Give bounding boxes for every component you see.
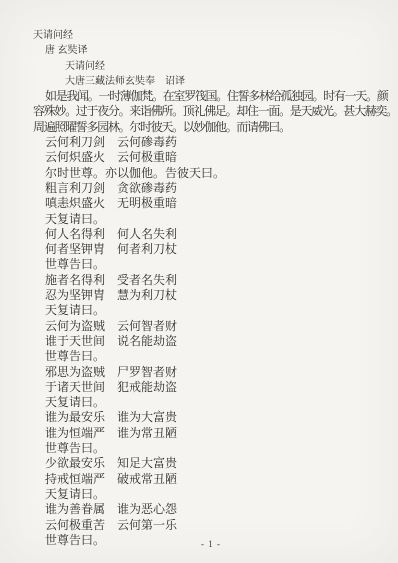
verse-line: 谁于天世间说名能劫盗 — [45, 334, 396, 349]
verse-right: 受者名失利 — [117, 273, 177, 287]
sutra-title: 天请问经 — [33, 28, 396, 43]
verse-right: 知足大富贵 — [117, 456, 177, 470]
verse-left: 少欲最安乐 — [45, 456, 117, 471]
verse-right: 何者利刀杖 — [117, 242, 177, 256]
verse-right: 云何第一乐 — [117, 518, 177, 532]
prose-line: 世尊告曰。 — [45, 257, 396, 272]
prose-line: 天复请曰。 — [45, 395, 396, 410]
inner-title: 天请问经 — [65, 59, 396, 74]
verse-line: 粗言利刀剑贪欲碜毒药 — [45, 181, 396, 196]
page-number: - 1 - — [12, 539, 398, 549]
verse-right: 破戒常丑陋 — [117, 472, 177, 486]
verse-left: 嗔恚炽盛火 — [45, 196, 117, 211]
verse-right: 谁为大富贵 — [117, 410, 177, 424]
verse-right: 无明极重暗 — [117, 196, 177, 210]
prose-line: 天复请曰。 — [45, 212, 396, 227]
sutra-content: 天请问经 唐 玄奘译 天请问经 大唐三藏法师玄奘奉 诏译 如是我闻。一时薄伽梵。… — [33, 28, 396, 548]
verse-left: 谁为恒端严 — [45, 426, 117, 441]
verse-right: 云何极重暗 — [117, 150, 177, 164]
verse-left: 云何炽盛火 — [45, 150, 117, 165]
verse-left: 谁为最安乐 — [45, 410, 117, 425]
verse-right: 云何智者财 — [117, 319, 177, 333]
verse-right: 何人名失利 — [117, 227, 177, 241]
verse-line: 邪思为盗贼尸罗智者财 — [45, 365, 396, 380]
verse-left: 邪思为盗贼 — [45, 365, 117, 380]
verse-left: 忍为坚钾胄 — [45, 288, 117, 303]
verse-line: 忍为坚钾胄慧为利刀杖 — [45, 288, 396, 303]
verse-line: 谁为善眷属谁为恶心怨 — [45, 502, 396, 517]
paragraph-line: 如是我闻。一时薄伽梵。在室罗筏国。住誓多林给孤独园。时有一天。颜 — [45, 89, 396, 104]
verse-left: 施者名得利 — [45, 273, 117, 288]
verse-left: 粗言利刀剑 — [45, 181, 117, 196]
verse-left: 谁为善眷属 — [45, 502, 117, 517]
verse-right: 尸罗智者财 — [117, 365, 177, 379]
verse-line: 何者坚钾胄何者利刀杖 — [45, 242, 396, 257]
verse-left: 云何极重苦 — [45, 518, 117, 533]
verse-right: 谁为恶心怨 — [117, 502, 177, 516]
opening-paragraph: 如是我闻。一时薄伽梵。在室罗筏国。住誓多林给孤独园。时有一天。颜容殊妙。过于夜分… — [33, 89, 396, 135]
verse-left: 云何为盗贼 — [45, 319, 117, 334]
verse-left: 谁于天世间 — [45, 334, 117, 349]
verse-right: 云何碜毒药 — [117, 135, 177, 149]
verse-line: 于诸天世间犯戒能劫盗 — [45, 380, 396, 395]
verse-left: 云何利刀剑 — [45, 135, 117, 150]
verse-right: 犯戒能劫盗 — [117, 380, 177, 394]
verse-line: 少欲最安乐知足大富贵 — [45, 456, 396, 471]
prose-line: 天复请曰。 — [45, 487, 396, 502]
verse-line: 谁为恒端严谁为常丑陋 — [45, 426, 396, 441]
verse-line: 施者名得利受者名失利 — [45, 273, 396, 288]
verse-left: 何者坚钾胄 — [45, 242, 117, 257]
attribution-line: 大唐三藏法师玄奘奉 诏译 — [65, 74, 396, 89]
verse-line: 云何利刀剑云何碜毒药 — [45, 135, 396, 150]
verse-line: 嗔恚炽盛火无明极重暗 — [45, 196, 396, 211]
verse-line: 云何极重苦云何第一乐 — [45, 518, 396, 533]
verse-right: 说名能劫盗 — [117, 334, 177, 348]
sutra-page: 天请问经 唐 玄奘译 天请问经 大唐三藏法师玄奘奉 诏译 如是我闻。一时薄伽梵。… — [0, 0, 398, 563]
verse-line: 持戒恒端严破戒常丑陋 — [45, 472, 396, 487]
verse-line: 云何炽盛火云何极重暗 — [45, 150, 396, 165]
verse-left: 何人名得利 — [45, 227, 117, 242]
paragraph-line: 周遍照曜誓多园林。尔时彼天。以妙伽他。而请佛曰。 — [33, 120, 396, 135]
verse-right: 贪欲碜毒药 — [117, 181, 177, 195]
verse-line: 谁为最安乐谁为大富贵 — [45, 410, 396, 425]
paragraph-line: 容殊妙。过于夜分。来诣佛所。顶礼佛足。却住一面。是天威光。甚大赫奕。 — [33, 104, 396, 119]
sutra-lines: 云何利刀剑云何碜毒药云何炽盛火云何极重暗尔时世尊。亦以伽他。告彼天曰。粗言利刀剑… — [33, 135, 396, 548]
prose-line: 世尊告曰。 — [45, 349, 396, 364]
verse-right: 慧为利刀杖 — [117, 288, 177, 302]
verse-right: 谁为常丑陋 — [117, 426, 177, 440]
verse-line: 何人名得利何人名失利 — [45, 227, 396, 242]
prose-line: 天复请曰。 — [45, 303, 396, 318]
verse-left: 于诸天世间 — [45, 380, 117, 395]
verse-line: 云何为盗贼云何智者财 — [45, 319, 396, 334]
translator-line: 唐 玄奘译 — [45, 43, 396, 58]
prose-line: 尔时世尊。亦以伽他。告彼天曰。 — [45, 166, 396, 181]
verse-left: 持戒恒端严 — [45, 472, 117, 487]
prose-line: 世尊告曰。 — [45, 441, 396, 456]
